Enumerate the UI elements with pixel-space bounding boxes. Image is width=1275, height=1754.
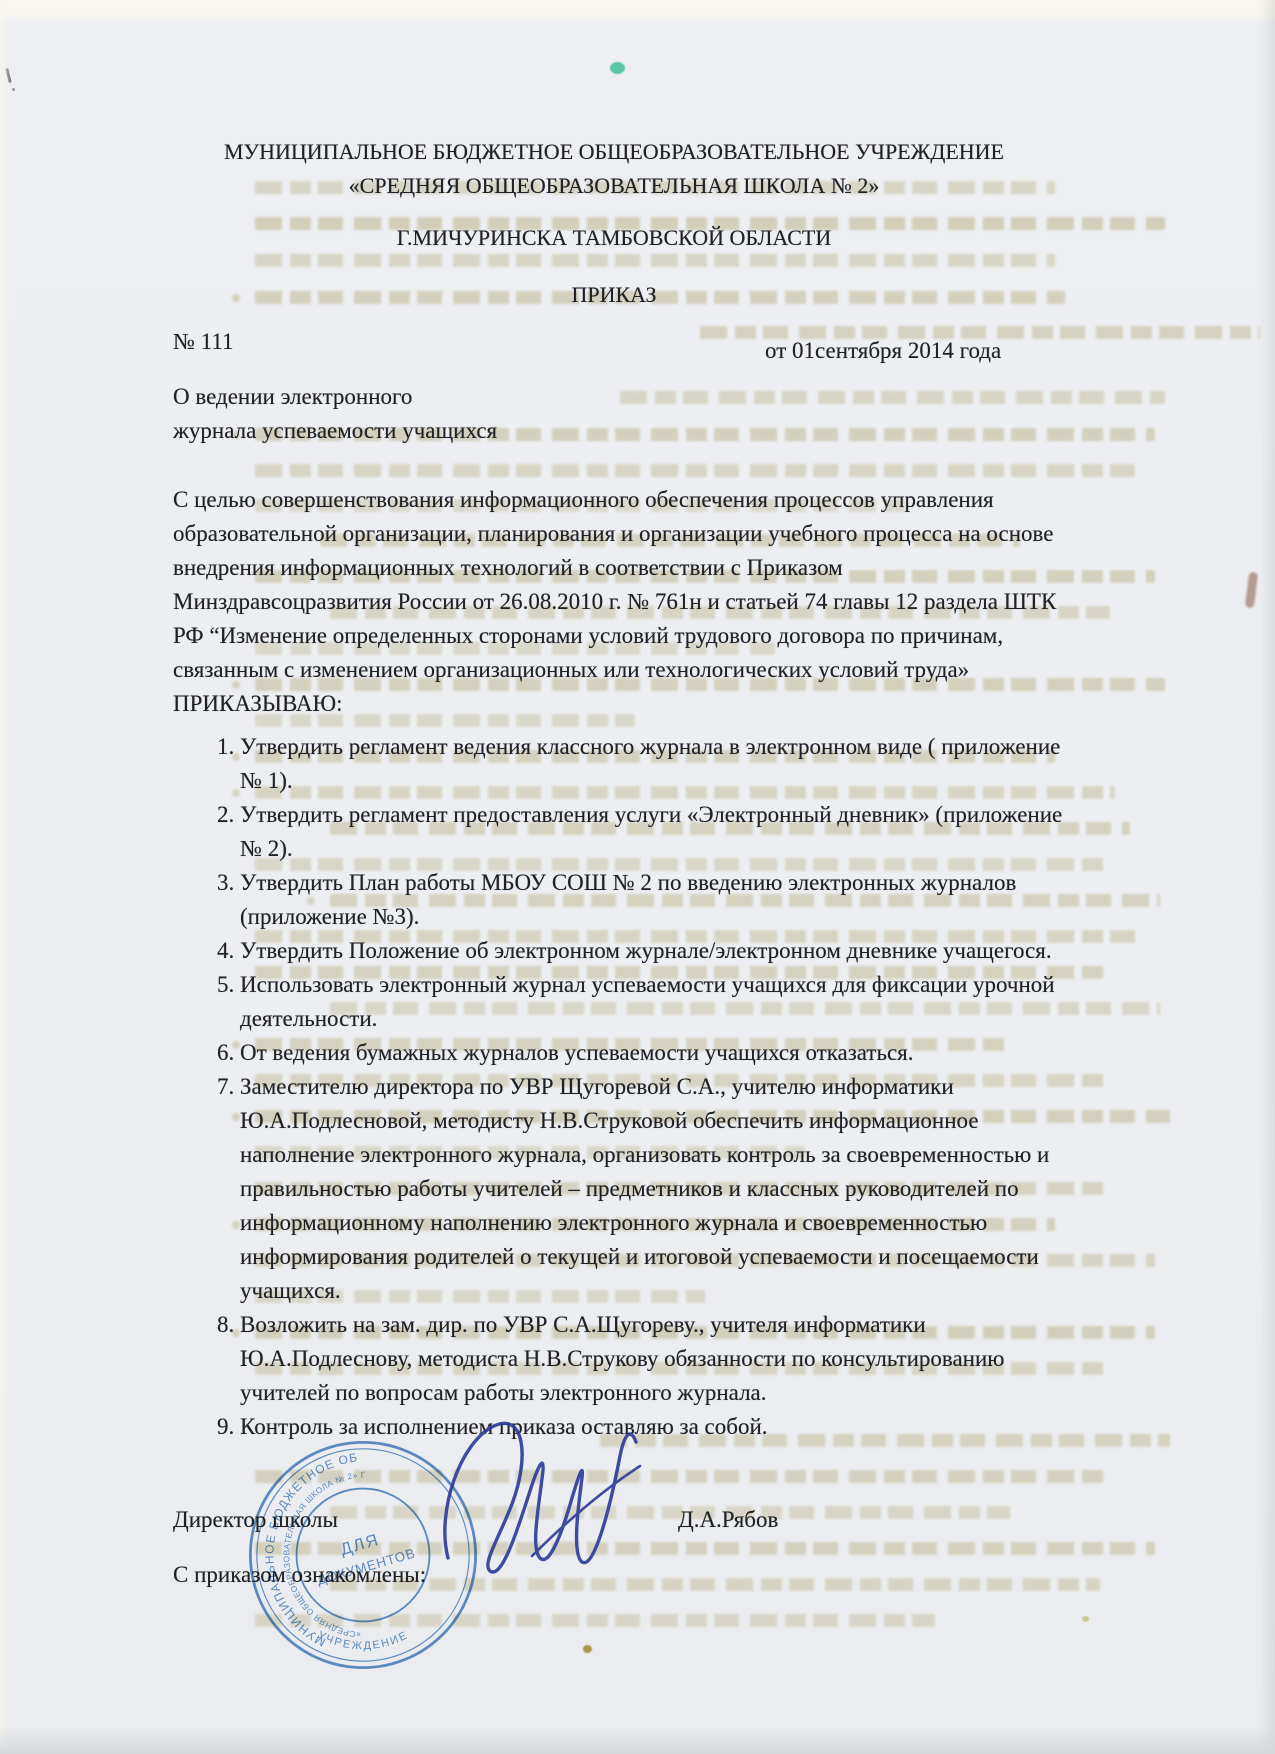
- scan-edge-left: [0, 0, 10, 1754]
- scan-edge-bottom: [0, 1726, 1275, 1754]
- order-number: № 111: [173, 325, 234, 359]
- order-items-list: Утвердить регламент ведения классного жу…: [173, 730, 1250, 1444]
- pen-squiggle-dot: [12, 88, 15, 91]
- scan-edge-right: [1259, 0, 1275, 1754]
- order-item: Утвердить Положение об электронном журна…: [240, 934, 1250, 968]
- director-name: Д.А.Рябов: [678, 1503, 778, 1537]
- order-item: От ведения бумажных журналов успеваемост…: [240, 1036, 1250, 1070]
- bleed-through-line: [255, 464, 1135, 477]
- order-item: Заместителю директора по УВР Щугоревой С…: [240, 1070, 1250, 1308]
- org-name-line3: Г.МИЧУРИНСКА ТАМБОВСКОЙ ОБЛАСТИ: [0, 221, 1228, 255]
- order-preamble: С целью совершенствования информационног…: [173, 483, 1203, 721]
- bleed-through-line: [255, 254, 1055, 267]
- gold-speck: [1082, 1616, 1089, 1622]
- org-name-line2: «СРЕДНЯЯ ОБЩЕОБРАЗОВАТЕЛЬНАЯ ШКОЛА № 2»: [0, 169, 1228, 203]
- scanned-order-page: МУНИЦИПАЛЬНОЕ БЮДЖЕТНОЕ ОБЩЕОБРАЗОВАТЕЛЬ…: [0, 0, 1275, 1754]
- order-date: от 01сентября 2014 года: [765, 334, 1001, 368]
- green-ink-speck: [610, 62, 625, 74]
- order-item: Использовать электронный журнал успеваем…: [240, 968, 1250, 1036]
- order-item: Утвердить регламент предоставления услуг…: [240, 798, 1250, 866]
- order-item: Утвердить План работы МБОУ СОШ № 2 по вв…: [240, 866, 1250, 934]
- doc-type-title: ПРИКАЗ: [0, 278, 1228, 312]
- order-subject: О ведении электронного журнала успеваемо…: [173, 380, 873, 448]
- stamp-ring-bottom-text: УЧРЕЖДЕНИЕ: [315, 1629, 410, 1652]
- order-item: Утвердить регламент ведения классного жу…: [240, 730, 1250, 798]
- org-name-line1: МУНИЦИПАЛЬНОЕ БЮДЖЕТНОЕ ОБЩЕОБРАЗОВАТЕЛЬ…: [0, 135, 1228, 169]
- gold-speck: [583, 1645, 592, 1653]
- stamp-center-line1: ДЛЯ: [338, 1530, 381, 1559]
- director-signature: [432, 1406, 646, 1592]
- order-item: Возложить на зам. дир. по УВР С.А.Щугоре…: [240, 1308, 1250, 1410]
